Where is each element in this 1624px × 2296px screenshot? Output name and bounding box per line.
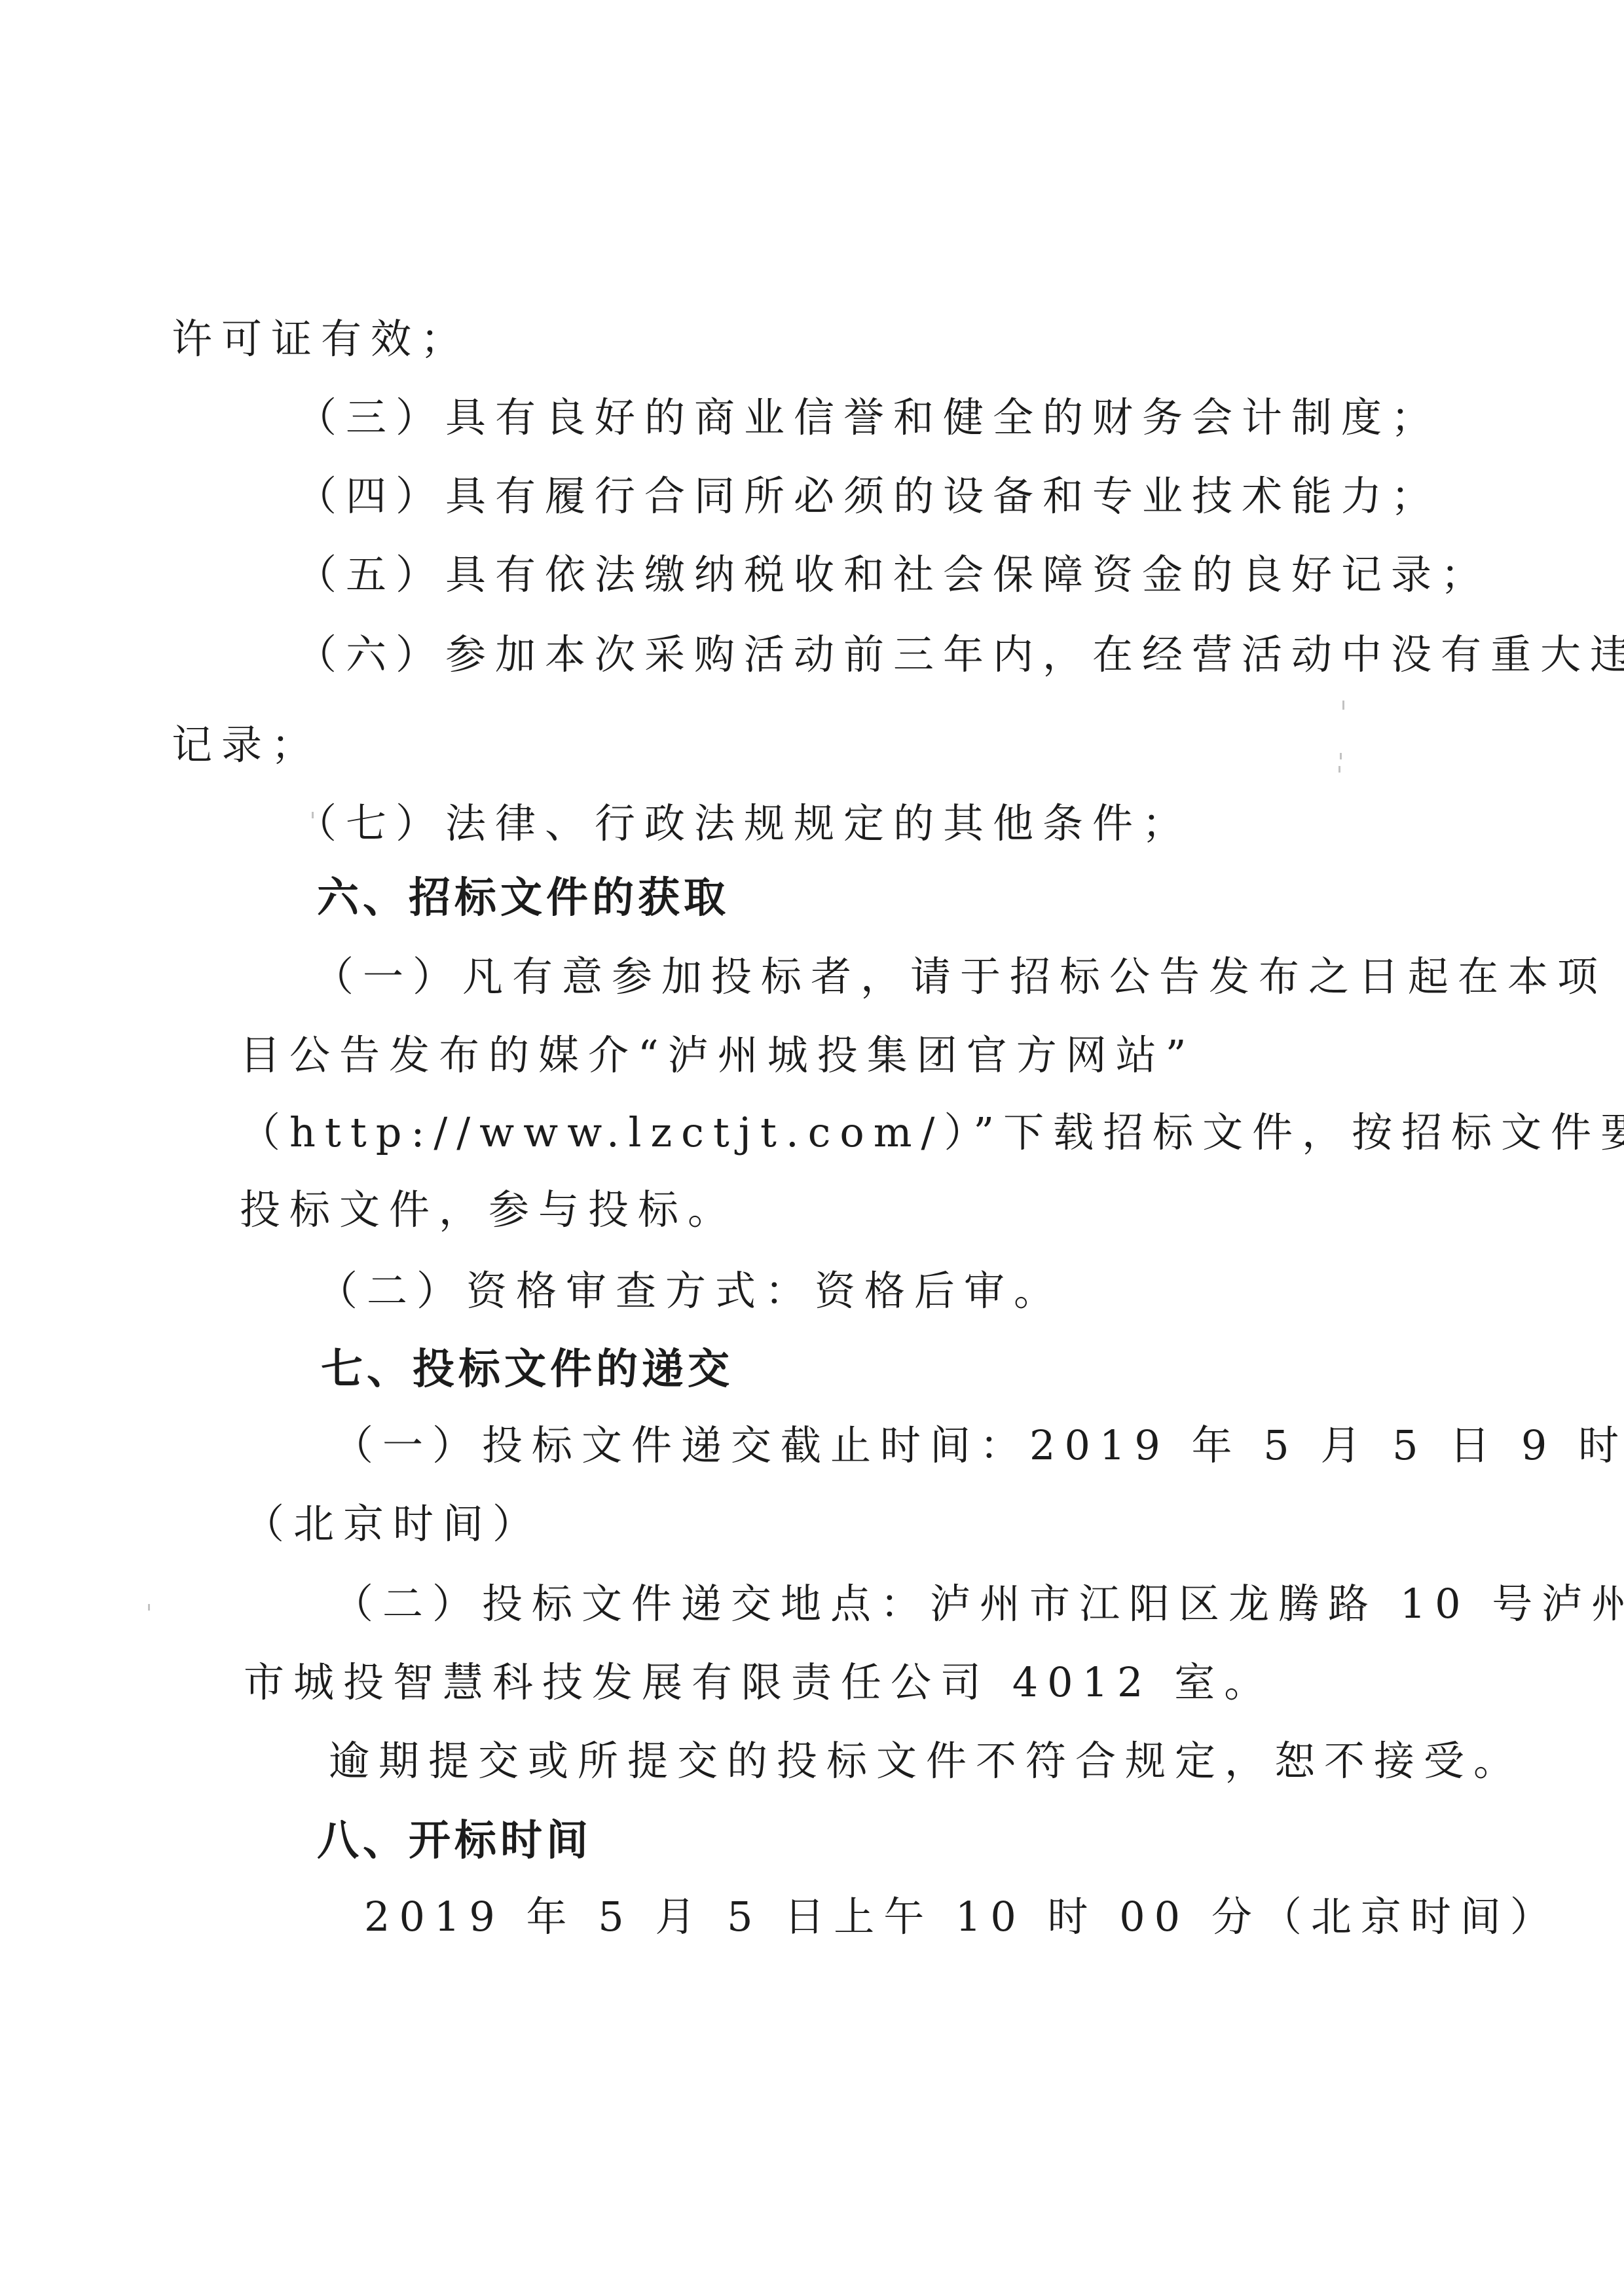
text-line: （一）凡有意参加投标者，请于招标公告发布之日起在本项 <box>313 951 1607 1003</box>
text-line: 市城投智慧科技发展有限责任公司 4012 室。 <box>244 1656 1274 1709</box>
document-page: 许可证有效； （三）具有良好的商业信誉和健全的财务会计制度； （四）具有履行合同… <box>0 0 1624 2296</box>
text-line: （三）具有良好的商业信誉和健全的财务会计制度； <box>296 392 1441 444</box>
text-line: 目公告发布的媒介“泸州城投集团官方网站” <box>240 1029 1195 1082</box>
scan-artifact <box>312 812 314 818</box>
section-heading: 七、投标文件的递交 <box>321 1343 733 1396</box>
text-line: （北京时间） <box>244 1498 542 1550</box>
text-line: 记录； <box>172 719 321 771</box>
scan-artifact <box>148 1604 150 1611</box>
text-line: （六）参加本次采购活动前三年内，在经营活动中没有重大违法 <box>296 629 1624 681</box>
text-line: （五）具有依法缴纳税收和社会保障资金的良好记录； <box>296 549 1490 601</box>
text-line: （http://www.lzctjt.com/）”下载招标文件，按招标文件要求制… <box>240 1106 1624 1159</box>
text-line: 投标文件，参与投标。 <box>240 1184 737 1236</box>
scan-artifact <box>1338 766 1340 773</box>
text-line: （二）资格审查方式：资格后审。 <box>317 1265 1063 1317</box>
section-heading: 八、开标时间 <box>317 1815 592 1867</box>
text-line: 逾期提交或所提交的投标文件不符合规定，恕不接受。 <box>329 1735 1523 1787</box>
scan-artifact <box>1340 753 1342 759</box>
section-heading: 六、招标文件的获取 <box>317 872 729 924</box>
text-line: 许可证有效； <box>172 313 470 365</box>
text-line: 2019 年 5 月 5 日上午 10 时 00 分（北京时间） <box>364 1891 1560 1943</box>
scan-artifact <box>1342 701 1344 710</box>
text-line: （四）具有履行合同所必须的设备和专业技术能力； <box>296 470 1441 522</box>
text-line: （一）投标文件递交截止时间：2019 年 5 月 5 日 9 时 30 分 <box>333 1419 1624 1472</box>
text-line: （七）法律、行政法规规定的其他条件； <box>296 797 1192 850</box>
text-line: （二）投标文件递交地点：泸州市江阳区龙腾路 10 号泸州 <box>333 1578 1624 1630</box>
